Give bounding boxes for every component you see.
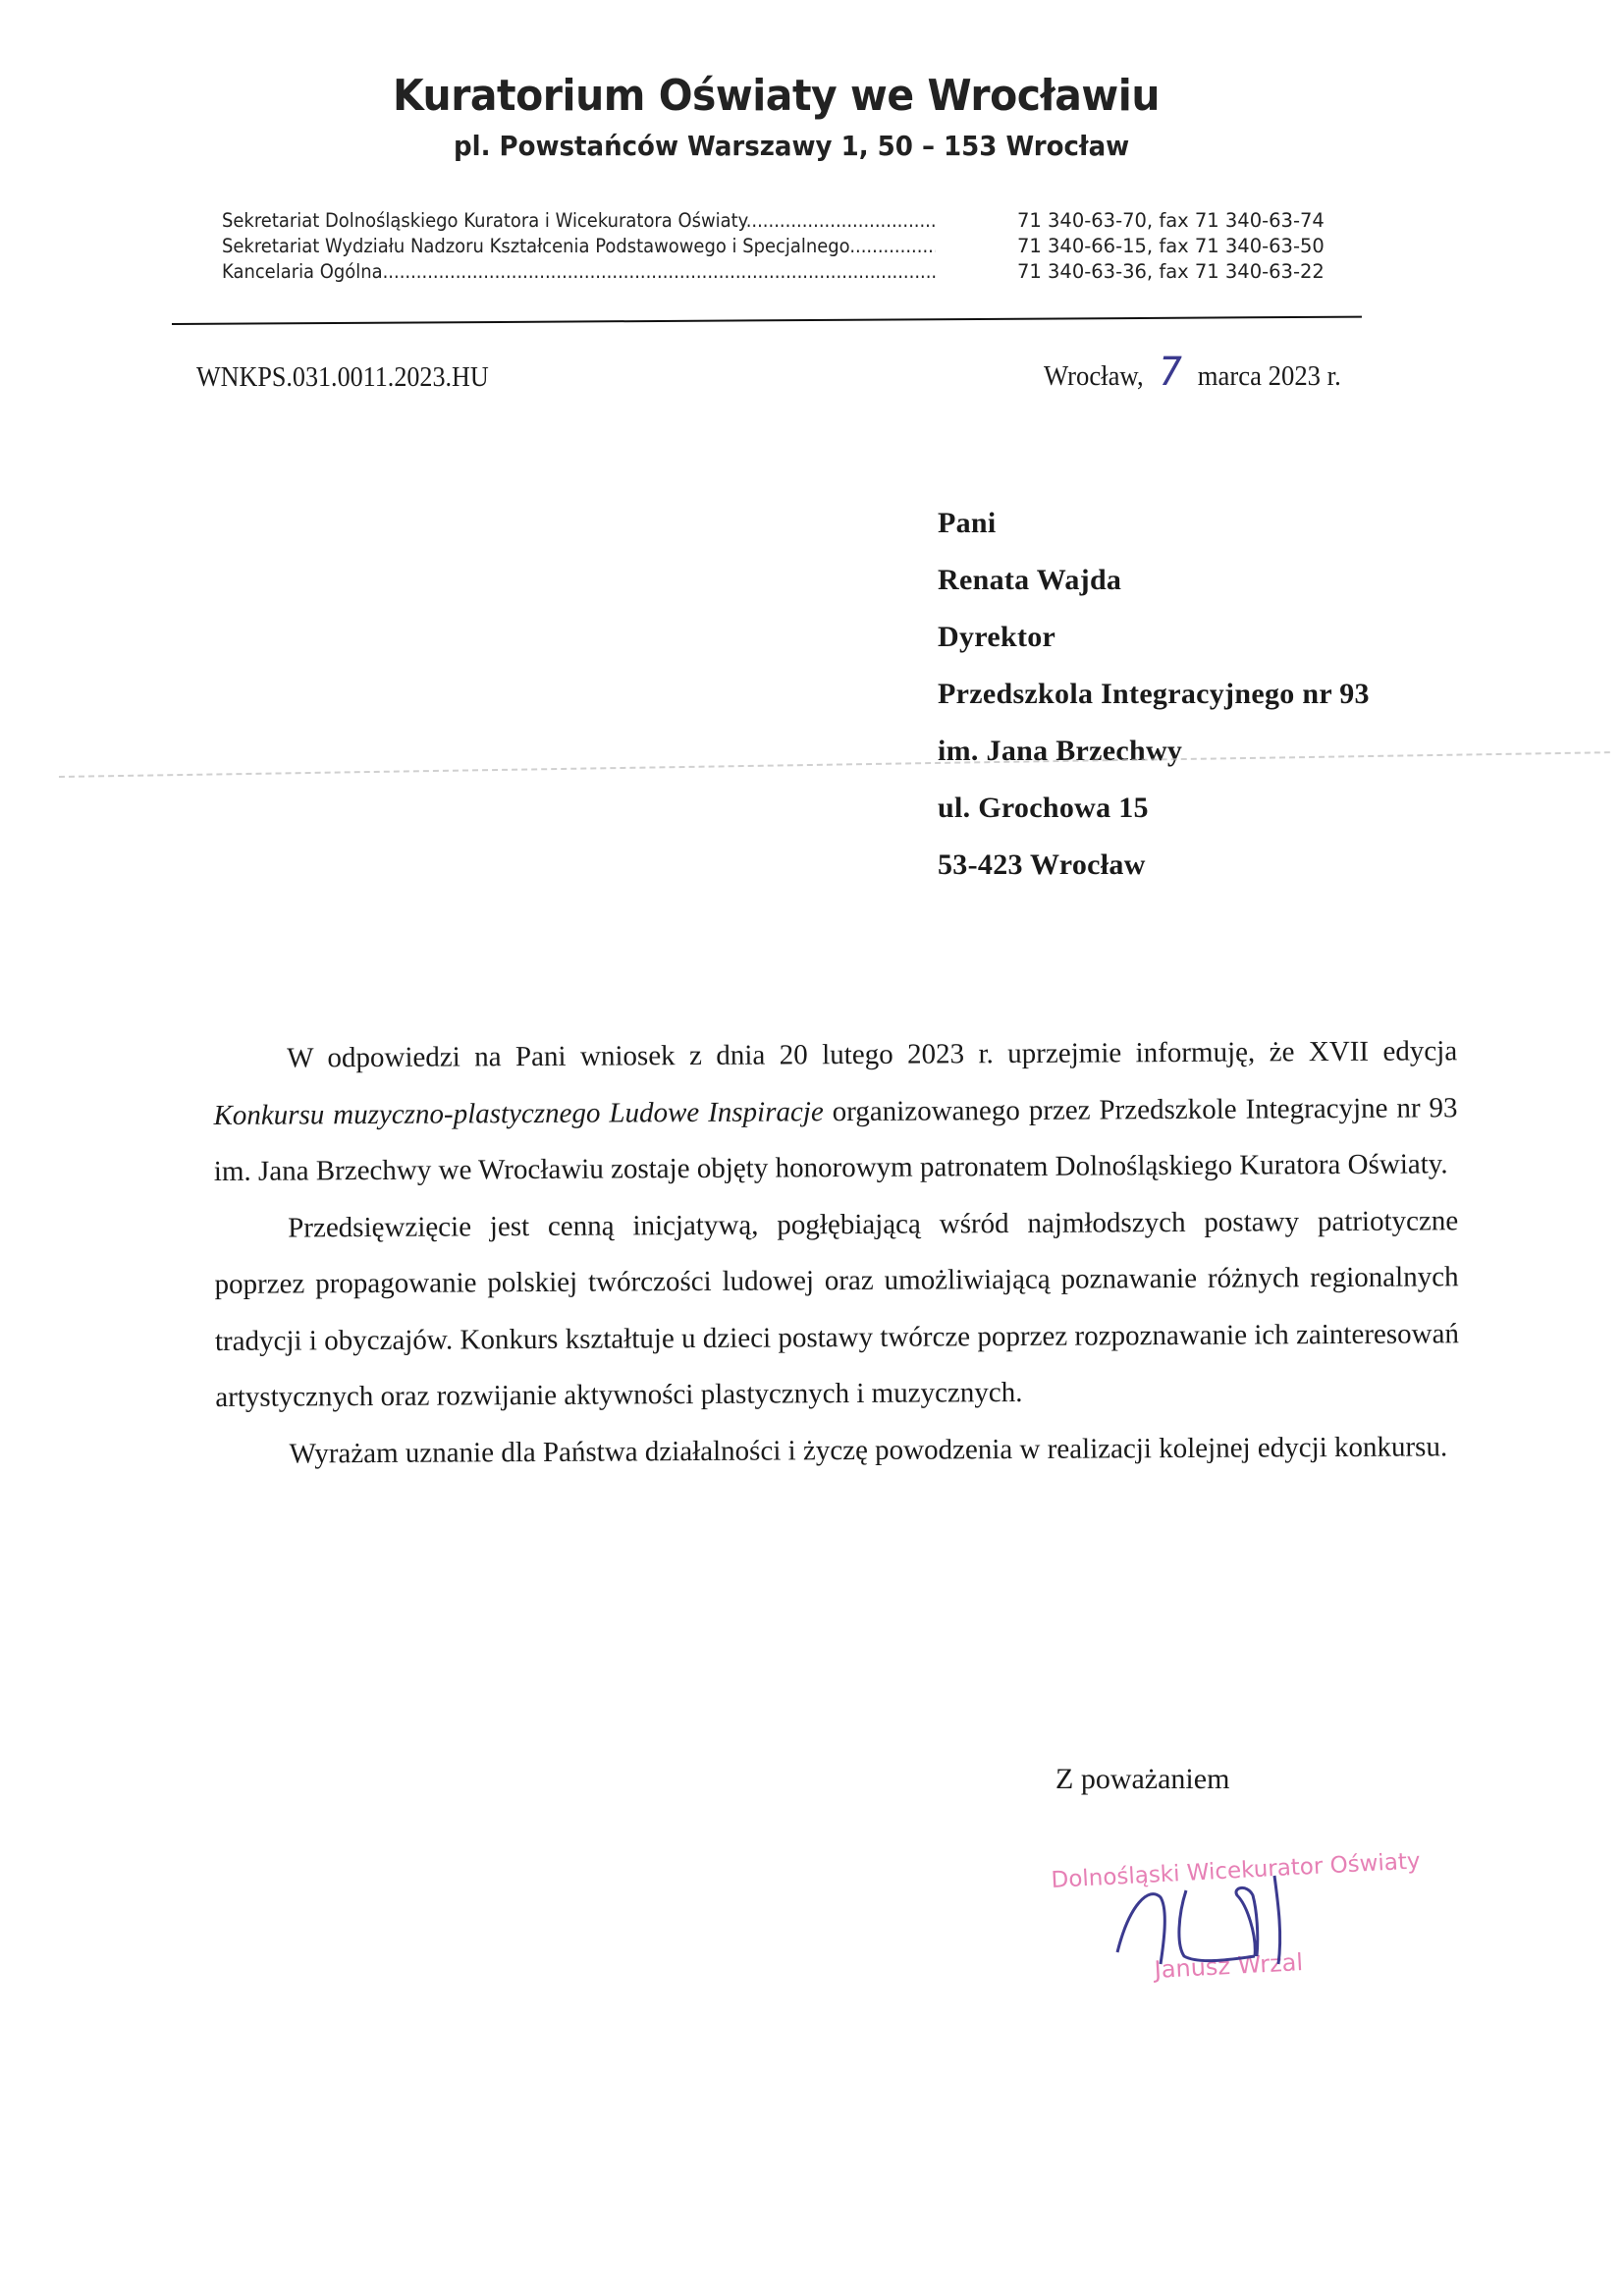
date-day-handwritten: 7 — [1150, 350, 1191, 395]
contact-label: Kancelaria Ogólna.......................… — [222, 259, 936, 285]
recipient-institution: Przedszkola Integracyjnego nr 93 — [938, 675, 1370, 732]
date-city: Wrocław, — [1044, 360, 1144, 392]
contact-list: Sekretariat Dolnośląskiego Kuratora i Wi… — [222, 208, 1331, 285]
letter-body: W odpowiedzi na Pani wniosek z dnia 20 l… — [213, 1023, 1460, 1483]
body-paragraph: Wyrażam uznanie dla Państwa działalności… — [215, 1419, 1459, 1483]
contact-phone: 71 340-63-36, fax 71 340-63-22 — [1017, 259, 1325, 285]
body-paragraph: Przedsięwzięcie jest cenną inicjatywą, p… — [214, 1193, 1459, 1427]
body-text-span: W odpowiedzi na Pani wniosek z dnia 20 l… — [287, 1035, 1457, 1073]
recipient-city: 53-423 Wrocław — [938, 846, 1370, 902]
header-divider — [172, 316, 1362, 325]
recipient-salutation: Pani — [938, 504, 1370, 561]
contact-row: Kancelaria Ogólna.......................… — [222, 259, 1331, 285]
closing-phrase: Z poważaniem — [1055, 1763, 1229, 1796]
contest-name: Konkursu muzyczno-plastycznego Ludowe In… — [213, 1096, 823, 1131]
contact-row: Sekretariat Dolnośląskiego Kuratora i Wi… — [222, 208, 1331, 234]
organization-address: pl. Powstańców Warszawy 1, 50 – 153 Wroc… — [454, 130, 1129, 162]
recipient-position: Dyrektor — [938, 618, 1370, 675]
recipient-street: ul. Grochowa 15 — [938, 789, 1370, 846]
official-stamp: Dolnośląski Wicekurator Oświaty Janusz W… — [1051, 1866, 1424, 2003]
contact-phone: 71 340-63-70, fax 71 340-63-74 — [1017, 208, 1325, 234]
body-paragraph: W odpowiedzi na Pani wniosek z dnia 20 l… — [213, 1023, 1458, 1200]
handwritten-signature-icon — [1109, 1866, 1325, 1974]
date-line: Wrocław, 7 marca 2023 r. — [1044, 350, 1341, 395]
recipient-address: Pani Renata Wajda Dyrektor Przedszkola I… — [938, 504, 1370, 902]
scan-artifact-line — [59, 751, 1610, 779]
contact-label: Sekretariat Dolnośląskiego Kuratora i Wi… — [222, 208, 936, 234]
contact-phone: 71 340-66-15, fax 71 340-63-50 — [1017, 234, 1325, 259]
contact-label: Sekretariat Wydziału Nadzoru Kształcenia… — [222, 234, 936, 259]
reference-number: WNKPS.031.0011.2023.HU — [196, 361, 489, 394]
recipient-name: Renata Wajda — [938, 561, 1370, 618]
organization-name: Kuratorium Oświaty we Wrocławiu — [393, 71, 1215, 121]
date-month-year: marca 2023 r. — [1198, 360, 1341, 392]
contact-row: Sekretariat Wydziału Nadzoru Kształcenia… — [222, 234, 1331, 259]
